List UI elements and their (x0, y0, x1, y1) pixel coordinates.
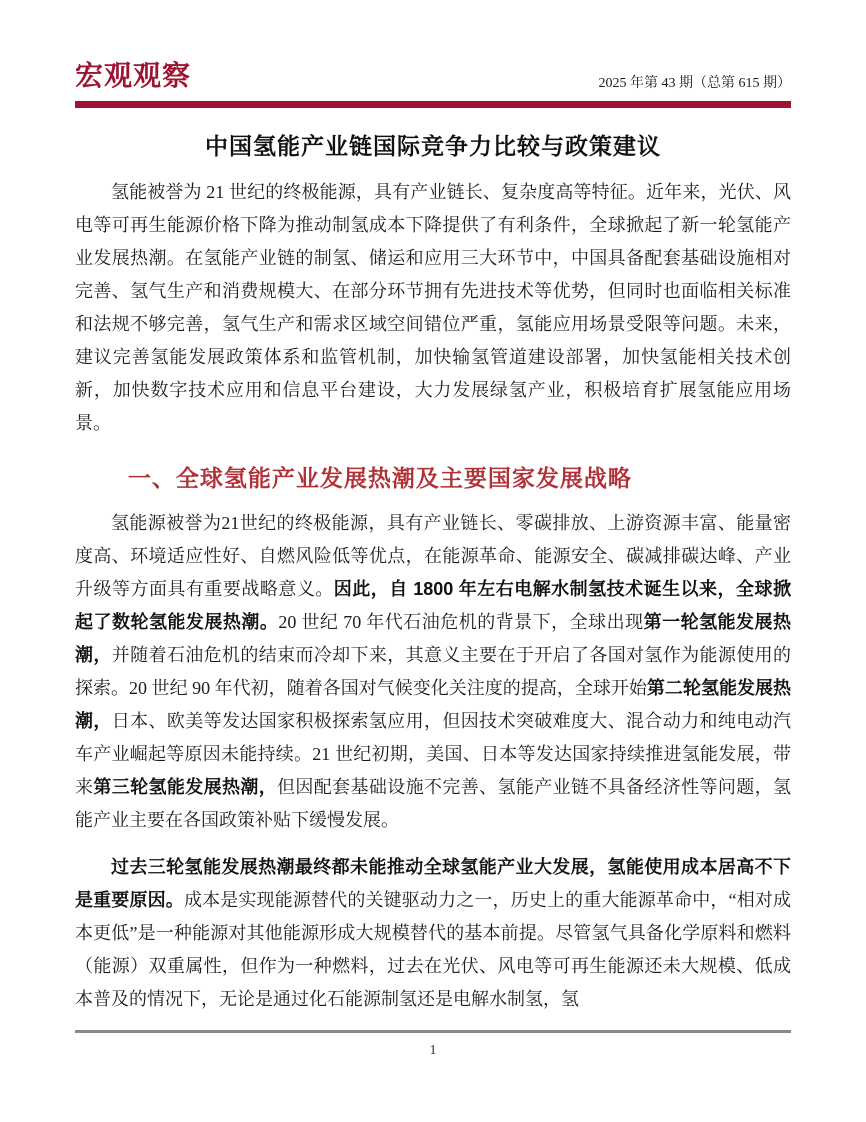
report-page: 宏观观察 2025 年第 43 期（总第 615 期） 中国氢能产业链国际竞争力… (0, 0, 866, 1122)
paragraph-bold-run: 第三轮氢能发展热潮， (93, 777, 277, 797)
footer-divider-rule (75, 1030, 791, 1033)
header-divider-rule (75, 101, 791, 108)
issue-number: 2025 年第 43 期（总第 615 期） (599, 72, 792, 94)
page-footer: 1 (75, 1030, 791, 1059)
paragraph-text-run: 20 世纪 70 年代石油危机的背景下，全球出现 (278, 612, 643, 632)
abstract-paragraph: 氢能被誉为 21 世纪的终极能源，具有产业链长、复杂度高等特征。近年来，光伏、风… (75, 176, 791, 440)
page-header: 宏观观察 2025 年第 43 期（总第 615 期） (75, 60, 791, 94)
body-paragraph-2: 氢能源被誉为21世纪的终极能源，具有产业链长、零碳排放、上游资源丰富、能量密度高… (75, 507, 791, 837)
article-title: 中国氢能产业链国际竞争力比较与政策建议 (75, 128, 791, 161)
body-paragraph-3: 过去三轮氢能发展热潮最终都未能推动全球氢能产业大发展，氢能使用成本居高不下是重要… (75, 851, 791, 1016)
page-number: 1 (75, 1043, 791, 1059)
report-masthead: 宏观观察 (75, 60, 191, 94)
section-1-heading: 一、全球氢能产业发展热潮及主要国家发展战略 (75, 460, 791, 493)
